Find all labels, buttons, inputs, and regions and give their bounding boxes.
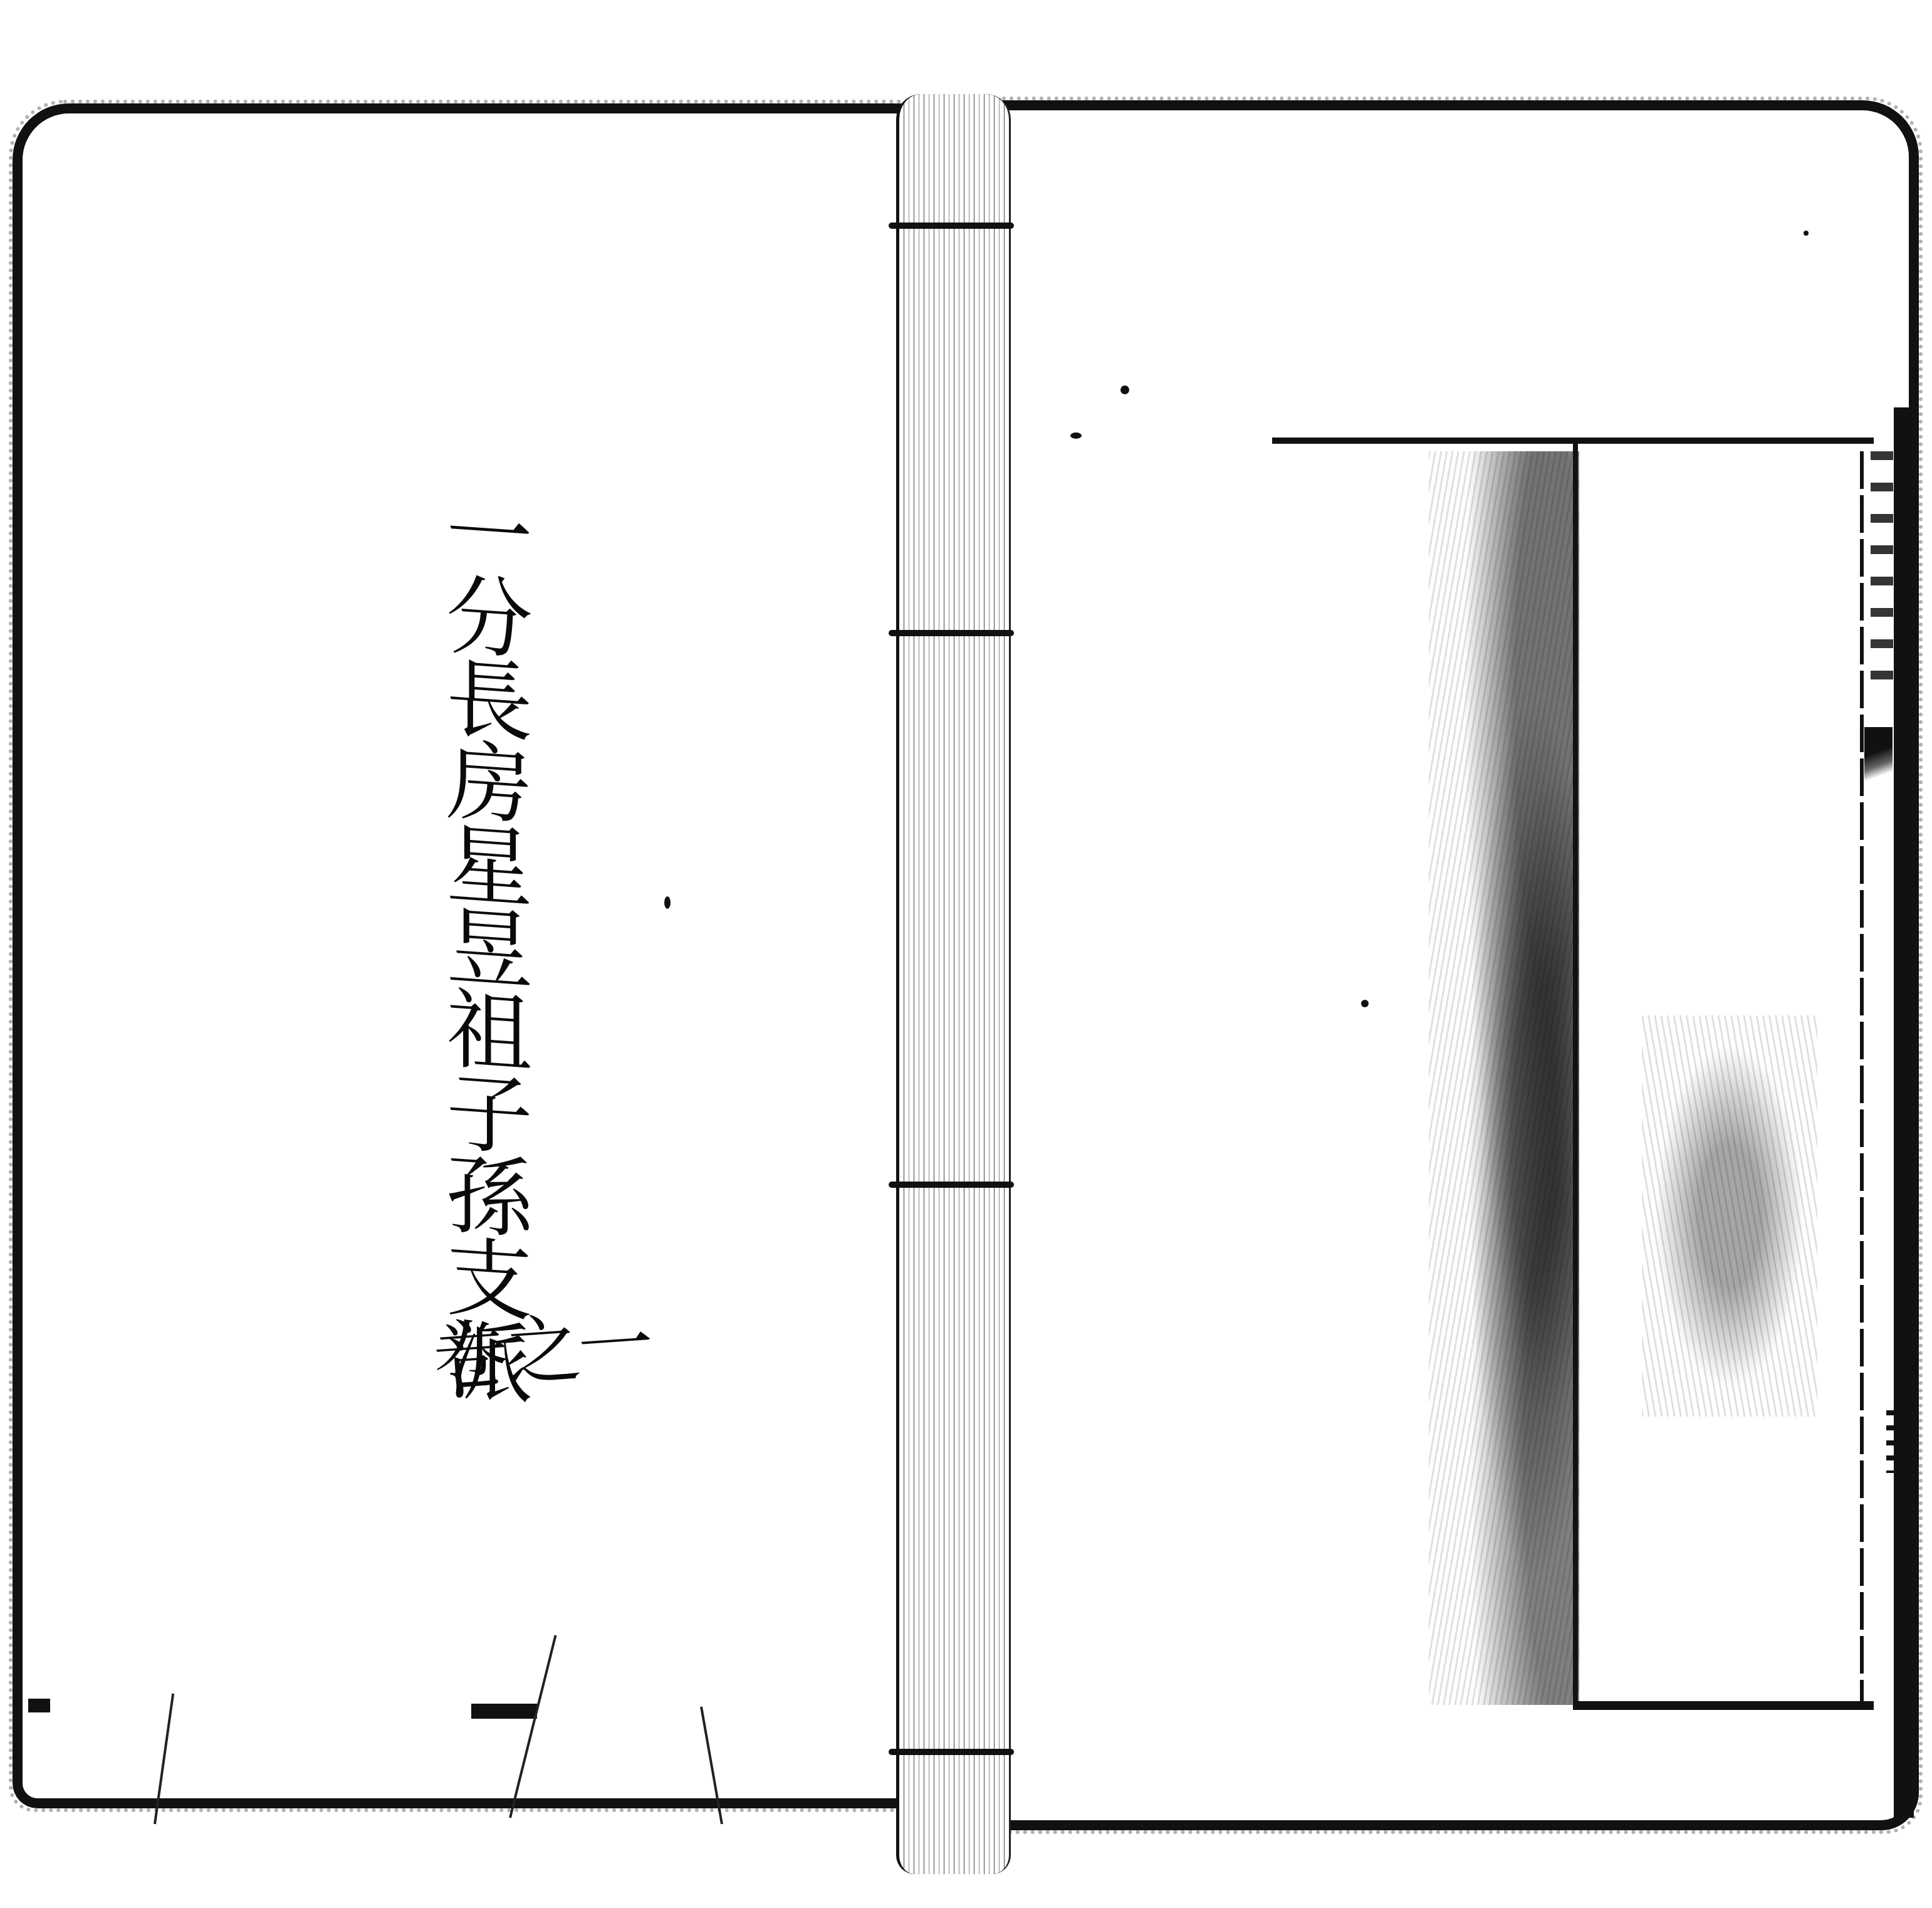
handwritten-volume: 卷之一 xyxy=(429,1284,654,1407)
right-edge-band xyxy=(1894,407,1914,1818)
edge-shading xyxy=(1864,727,1893,790)
ink-speck xyxy=(1804,231,1809,236)
ink-speck xyxy=(1120,385,1129,394)
ink-speck xyxy=(664,896,671,909)
page-tab-mark xyxy=(471,1704,537,1719)
binding-thread xyxy=(889,223,1014,229)
ink-smudge xyxy=(1429,451,1579,1705)
page-tab-mark xyxy=(28,1699,50,1712)
ink-speck xyxy=(1070,432,1082,439)
clipped-edge-glyphs xyxy=(1886,1410,1902,1473)
binding-thread xyxy=(889,630,1014,636)
print-frame-top xyxy=(1272,438,1874,444)
ink-smudge xyxy=(1642,1015,1817,1417)
binding-thread xyxy=(889,1182,1014,1188)
handwritten-title: 一分長房星昱祖子孫支派 xyxy=(439,486,525,1402)
ink-speck xyxy=(1361,1000,1369,1007)
book-spine xyxy=(896,94,1011,1874)
binding-thread xyxy=(889,1749,1014,1755)
clipped-edge-glyphs xyxy=(1871,451,1893,689)
frame-rule xyxy=(1860,451,1864,1705)
